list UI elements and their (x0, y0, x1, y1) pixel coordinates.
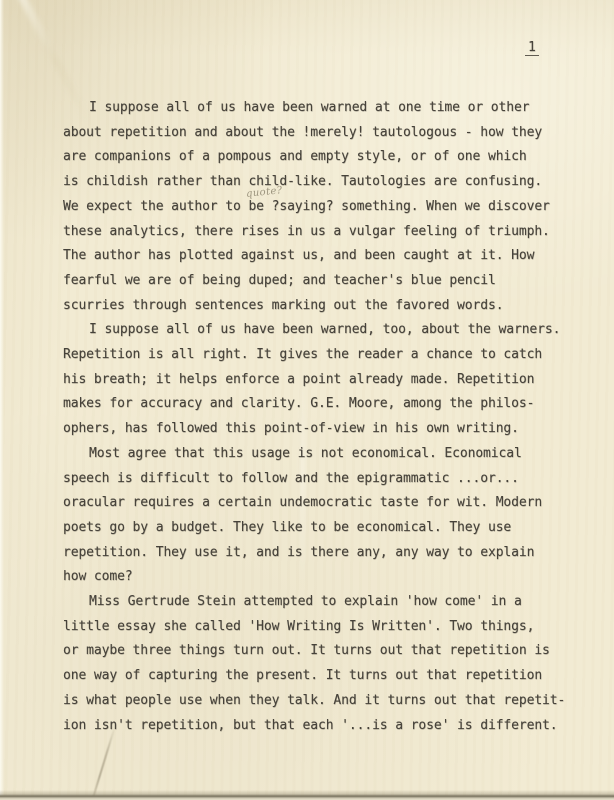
text-line: Repetition is all right. It gives the re… (63, 343, 568, 368)
text-line: his breath; it helps enforce a point alr… (63, 368, 568, 393)
text-line: poets go by a budget. They like to be ec… (63, 516, 568, 541)
text-line: ion isn't repetition, but that each '...… (63, 714, 568, 739)
text-line: are companions of a pompous and empty st… (63, 145, 568, 170)
text-line: how come? (63, 565, 568, 590)
document-page: 1 quote? I suppose all of us have been w… (0, 0, 614, 800)
paper-left-edge (0, 0, 4, 800)
text-line: or maybe three things turn out. It turns… (63, 639, 568, 664)
text-line: little essay she called 'How Writing Is … (63, 615, 568, 640)
text-line: is what people use when they talk. And i… (63, 689, 568, 714)
text-line: ophers, has followed this point-of-view … (63, 417, 568, 442)
text-line: makes for accuracy and clarity. G.E. Moo… (63, 392, 568, 417)
text-line: We expect the author to be ?saying? some… (63, 195, 568, 220)
text-line: repetition. They use it, and is there an… (63, 541, 568, 566)
text-line: one way of capturing the present. It tur… (63, 664, 568, 689)
text-line: these analytics, there rises in us a vul… (63, 220, 568, 245)
text-line: is childish rather than child-like. Taut… (63, 170, 568, 195)
text-line: about repetition and about the !merely! … (63, 121, 568, 146)
text-line: Most agree that this usage is not econom… (63, 442, 568, 467)
text-line: Miss Gertrude Stein attempted to explain… (63, 590, 568, 615)
text-line: oracular requires a certain undemocratic… (63, 491, 568, 516)
text-line: speech is difficult to follow and the ep… (63, 467, 568, 492)
paper-bottom-edge (0, 790, 614, 800)
text-line: The author has plotted against us, and b… (63, 244, 568, 269)
typed-text: I suppose all of us have been warned at … (63, 96, 568, 738)
text-line: scurries through sentences marking out t… (63, 294, 568, 319)
text-line: fearful we are of being duped; and teach… (63, 269, 568, 294)
text-line: I suppose all of us have been warned, to… (63, 318, 568, 343)
page-number: 1 (525, 40, 539, 56)
text-line: I suppose all of us have been warned at … (63, 96, 568, 121)
